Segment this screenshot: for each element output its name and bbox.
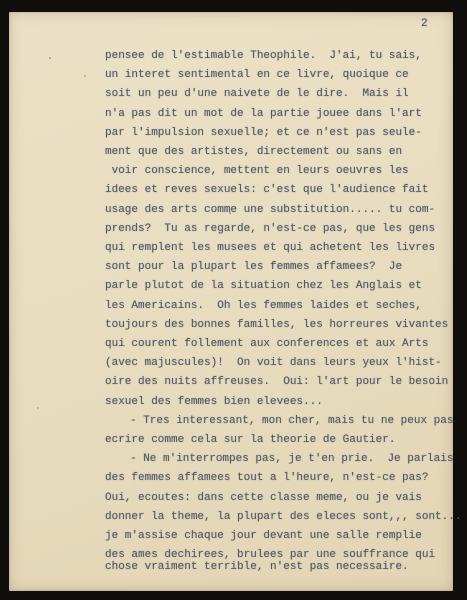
typed-line: chose vraiment terrible, n'est pas neces… — [105, 558, 453, 577]
typed-line: les Americains. Oh les femmes laides et … — [105, 297, 453, 316]
typed-line: voir conscience, mettent en leurs oeuvre… — [105, 162, 453, 181]
typed-line: donner la theme, la plupart des eleces s… — [105, 508, 453, 527]
typed-line: qui remplent les musees et qui achetent … — [105, 239, 453, 258]
typed-line: des femmes affamees tout a l'heure, n'es… — [105, 469, 453, 488]
typed-line: Oui, ecoutes: dans cette classe meme, ou… — [105, 489, 453, 508]
typed-line: usage des arts comme une substitution...… — [105, 201, 453, 220]
page-number: 2 — [421, 18, 428, 30]
typed-line: parle plutot de la situation chez les An… — [105, 277, 453, 296]
typed-line: un interet sentimental en ce livre, quoi… — [105, 66, 453, 85]
typed-line: - Ne m'interrompes pas, je t'en prie. Je… — [105, 450, 453, 469]
typed-line: ment que des artistes, directement ou sa… — [105, 143, 453, 162]
typed-line: je m'assise chaque jour devant une salle… — [105, 527, 453, 546]
typed-text-block: pensee de l'estimable Theophile. J'ai, t… — [105, 47, 453, 577]
typed-line: idees et reves sexuels: c'est que l'audi… — [105, 181, 453, 200]
typed-line: par l'impulsion sexuelle; et ce n'est pa… — [105, 124, 453, 143]
typed-line: pensee de l'estimable Theophile. J'ai, t… — [105, 47, 453, 66]
typed-line: oire des nuits affreuses. Oui: l'art pou… — [105, 373, 453, 392]
typed-line: prends? Tu as regarde, n'est-ce pas, que… — [105, 220, 453, 239]
typed-line: toujours des bonnes familles, les horreu… — [105, 316, 453, 335]
typed-line: (avec majuscules)! On voit dans leurs ye… — [105, 354, 453, 373]
typed-line: n'a pas dit un mot de la partie jouee da… — [105, 105, 453, 124]
typed-line: - Tres interessant, mon cher, mais tu ne… — [105, 412, 453, 431]
typed-line: ecrire comme cela sur la theorie de Gaut… — [105, 431, 453, 450]
paper-speckle — [49, 57, 51, 59]
typed-line: sont pour la plupart les femmes affamees… — [105, 258, 453, 277]
typewritten-page: 2 pensee de l'estimable Theophile. J'ai,… — [9, 12, 453, 591]
typed-line: soit un peu d'une naivete de le dire. Ma… — [105, 85, 453, 104]
typed-line: qui courent follement aux conferences et… — [105, 335, 453, 354]
photo-background-frame: 2 pensee de l'estimable Theophile. J'ai,… — [0, 0, 467, 600]
typed-line: sexuel des femmes bien elevees... — [105, 393, 453, 412]
